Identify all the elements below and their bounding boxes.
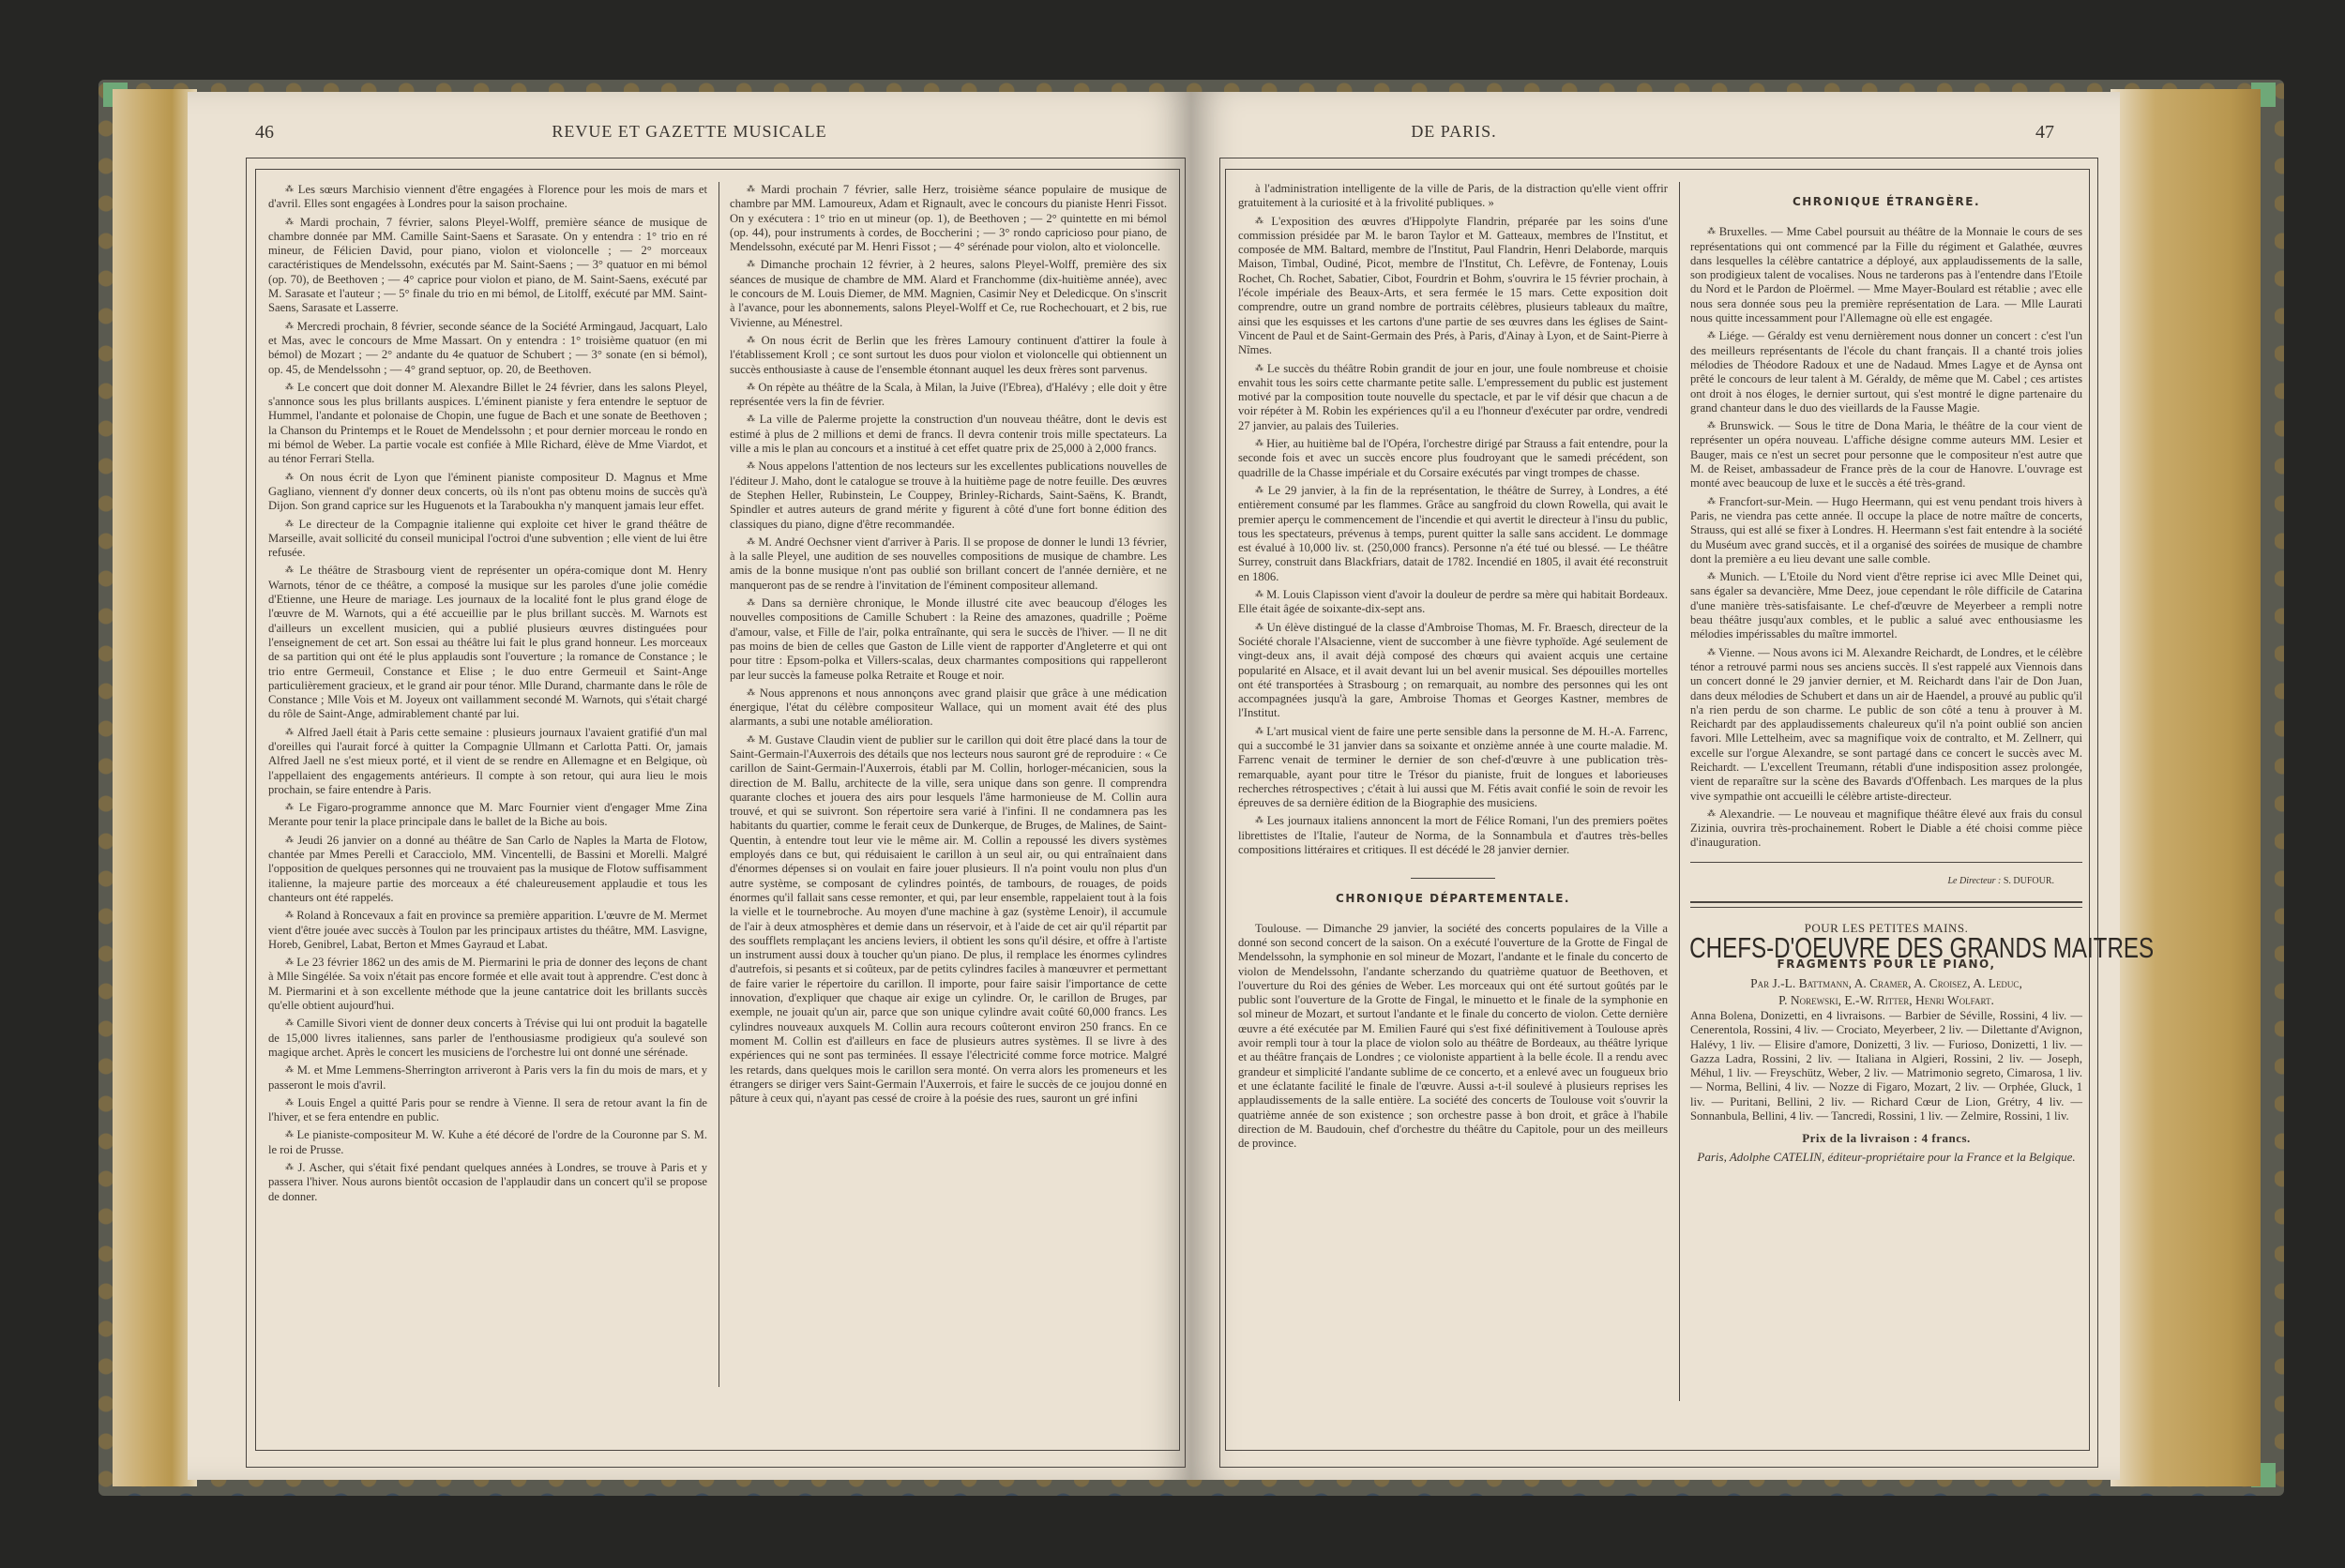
asterism-icon: ⁂ [747, 335, 759, 344]
column-divider [1679, 182, 1680, 1401]
article-column-2: CHRONIQUE ÉTRANGÈRE. ⁂Bruxelles. — Mme C… [1690, 182, 2082, 1165]
signature: Le Directeur : S. DUFOUR. [1690, 874, 2054, 888]
page-edges-right [2110, 89, 2261, 1486]
news-item: ⁂Le pianiste-compositeur M. W. Kuhe a ét… [268, 1127, 707, 1157]
asterism-icon: ⁂ [285, 957, 294, 966]
advert-title: CHEFS-D'OEUVRE DES GRANDS MAITRES [1689, 941, 2083, 955]
asterism-icon: ⁂ [285, 519, 296, 528]
asterism-icon: ⁂ [1707, 420, 1717, 430]
page-edges-left [113, 89, 197, 1486]
asterism-icon: ⁂ [285, 727, 295, 736]
foreign-news-item: ⁂Bruxelles. — Mme Cabel poursuit au théâ… [1690, 224, 2082, 325]
article-column-1: ⁂Les sœurs Marchisio viennent d'être eng… [268, 182, 707, 1207]
asterism-icon: ⁂ [747, 184, 758, 193]
news-item: ⁂M. Gustave Claudin vient de publier sur… [730, 732, 1167, 1107]
asterism-icon: ⁂ [747, 460, 755, 470]
news-item: ⁂Alfred Jaell était à Paris cette semain… [268, 725, 707, 797]
news-item: ⁂Le directeur de la Compagnie italienne … [268, 517, 707, 561]
news-item: ⁂Le concert que doit donner M. Alexandre… [268, 380, 707, 467]
asterism-icon: ⁂ [1255, 485, 1265, 494]
advert-work-list: Anna Bolena, Donizetti, en 4 livraisons.… [1690, 1009, 2082, 1123]
advert-publisher: Paris, Adolphe CATELIN, éditeur-propriét… [1690, 1150, 2082, 1165]
news-item: ⁂Mardi prochain 7 février, salle Herz, t… [730, 182, 1167, 254]
foreign-news-item: ⁂Francfort-sur-Mein. — Hugo Heermann, qu… [1690, 494, 2082, 566]
advert-authors-1: Par J.-L. Battmann, A. Cramer, A. Croise… [1690, 975, 2082, 992]
news-item: ⁂La ville de Palerme projette la constru… [730, 412, 1167, 456]
foreign-news-item: ⁂Munich. — L'Etoile du Nord vient d'être… [1690, 569, 2082, 641]
asterism-icon: ⁂ [747, 259, 758, 268]
article-column-2: ⁂Mardi prochain 7 février, salle Herz, t… [730, 182, 1167, 1108]
news-item: ⁂Dans sa dernière chronique, le Monde il… [730, 596, 1167, 683]
asterism-icon: ⁂ [285, 472, 297, 481]
asterism-icon: ⁂ [285, 910, 294, 919]
news-item: ⁂M. et Mme Lemmens-Sherrington arriveron… [268, 1063, 707, 1093]
asterism-icon: ⁂ [1255, 726, 1263, 735]
news-item: ⁂L'art musical vient de faire une perte … [1238, 724, 1668, 811]
news-item: ⁂On nous écrit de Berlin que les frères … [730, 333, 1167, 377]
news-item: ⁂M. Louis Clapisson vient d'avoir la dou… [1238, 587, 1668, 617]
news-item: ⁂Le 23 février 1862 un des amis de M. Pi… [268, 955, 707, 1013]
news-item: ⁂Roland à Roncevaux a fait en province s… [268, 908, 707, 952]
signature-name: S. DUFOUR. [2004, 876, 2054, 886]
asterism-icon: ⁂ [1707, 808, 1717, 818]
news-item: ⁂Le théâtre de Strasbourg vient de repré… [268, 563, 707, 721]
asterism-icon: ⁂ [285, 835, 295, 844]
foreign-news-item: ⁂Brunswick. — Sous le titre de Dona Mari… [1690, 418, 2082, 490]
asterism-icon: ⁂ [285, 1097, 295, 1107]
news-item: ⁂Camille Sivori vient de donner deux con… [268, 1016, 707, 1060]
asterism-icon: ⁂ [285, 321, 295, 330]
news-item: ⁂J. Ascher, qui s'était fixé pendant que… [268, 1160, 707, 1204]
news-item: ⁂Jeudi 26 janvier on a donné au théâtre … [268, 833, 707, 905]
signature-label: Le Directeur : [1947, 876, 2001, 886]
asterism-icon: ⁂ [1707, 226, 1717, 235]
section-title-etrangere: CHRONIQUE ÉTRANGÈRE. [1690, 195, 2082, 209]
section-rule [1411, 878, 1495, 879]
asterism-icon: ⁂ [285, 565, 296, 574]
asterism-icon: ⁂ [1255, 363, 1264, 372]
foreign-news-item: ⁂Liége. — Géraldy est venu dernièrement … [1690, 328, 2082, 415]
news-item: ⁂Louis Engel a quitté Paris pour se rend… [268, 1095, 707, 1125]
asterism-icon: ⁂ [1255, 589, 1263, 598]
news-item: ⁂Le Figaro-programme annonce que M. Marc… [268, 800, 707, 830]
asterism-icon: ⁂ [1255, 438, 1263, 447]
asterism-icon: ⁂ [1707, 571, 1717, 580]
asterism-icon: ⁂ [1255, 216, 1268, 225]
foreign-news-item: ⁂Alexandrie. — Le nouveau et magnifique … [1690, 807, 2082, 851]
asterism-icon: ⁂ [747, 414, 757, 423]
asterism-icon: ⁂ [747, 382, 755, 391]
section-title-departementale: CHRONIQUE DÉPARTEMENTALE. [1238, 892, 1668, 906]
news-item: ⁂Mardi prochain, 7 février, salons Pleye… [268, 215, 707, 316]
asterism-icon: ⁂ [747, 687, 757, 697]
news-item: ⁂Les sœurs Marchisio viennent d'être eng… [268, 182, 707, 212]
asterism-icon: ⁂ [747, 597, 759, 607]
news-item: ⁂Nous apprenons et nous annonçons avec g… [730, 686, 1167, 730]
advert-rule [1690, 901, 2082, 908]
news-item: ⁂On nous écrit de Lyon que l'éminent pia… [268, 470, 707, 514]
news-item: ⁂Un élève distingué de la classe d'Ambro… [1238, 620, 1668, 721]
asterism-icon: ⁂ [285, 382, 295, 391]
advert-authors-2: P. Norewski, E.-W. Ritter, Henri Wolfart… [1690, 992, 2082, 1009]
asterism-icon: ⁂ [285, 217, 297, 226]
asterism-icon: ⁂ [1255, 815, 1264, 824]
running-head: REVUE ET GAZETTE MUSICALE [188, 122, 1191, 142]
news-item: ⁂Dimanche prochain 12 février, à 2 heure… [730, 257, 1167, 329]
asterism-icon: ⁂ [747, 734, 756, 744]
article-column-1: à l'administration intelligente de la vi… [1238, 182, 1668, 1153]
news-item: ⁂Le succès du théâtre Robin grandit de j… [1238, 361, 1668, 433]
section-rule [1690, 862, 2082, 863]
asterism-icon: ⁂ [747, 536, 755, 546]
advert-price: Prix de la livraison : 4 francs. [1690, 1131, 2082, 1145]
news-item: à l'administration intelligente de la vi… [1238, 182, 1668, 211]
article-toulouse: Toulouse. — Dimanche 29 janvier, la soci… [1238, 922, 1668, 1152]
asterism-icon: ⁂ [285, 1162, 295, 1171]
asterism-icon: ⁂ [1255, 622, 1264, 631]
news-item: ⁂On répète au théâtre de la Scala, à Mil… [730, 380, 1167, 410]
news-item: ⁂Mercredi prochain, 8 février, seconde s… [268, 319, 707, 377]
asterism-icon: ⁂ [285, 184, 295, 193]
asterism-icon: ⁂ [285, 1129, 294, 1138]
asterism-icon: ⁂ [285, 802, 296, 811]
asterism-icon: ⁂ [1707, 330, 1717, 339]
running-head: DE PARIS. [1191, 122, 1717, 142]
news-item: ⁂Le 29 janvier, à la fin de la représent… [1238, 483, 1668, 584]
news-item: ⁂M. André Oechsner vient d'arriver à Par… [730, 535, 1167, 593]
news-item: ⁂Les journaux italiens annoncent la mort… [1238, 813, 1668, 857]
news-item: ⁂Nous appelons l'attention de nos lecteu… [730, 459, 1167, 531]
asterism-icon: ⁂ [1707, 496, 1717, 505]
news-item: ⁂Hier, au huitième bal de l'Opéra, l'orc… [1238, 436, 1668, 480]
foreign-news-item: ⁂Vienne. — Nous avons ici M. Alexandre R… [1690, 645, 2082, 804]
asterism-icon: ⁂ [1707, 647, 1716, 656]
asterism-icon: ⁂ [285, 1018, 294, 1027]
page-number: 47 [2035, 122, 2054, 143]
column-divider [719, 182, 719, 1387]
right-page: DE PARIS. 47 à l'administration intellig… [1191, 92, 2120, 1480]
news-item: ⁂L'exposition des œuvres d'Hippolyte Fla… [1238, 214, 1668, 358]
asterism-icon: ⁂ [285, 1064, 295, 1074]
left-page: 46 REVUE ET GAZETTE MUSICALE ⁂Les sœurs … [188, 92, 1191, 1480]
